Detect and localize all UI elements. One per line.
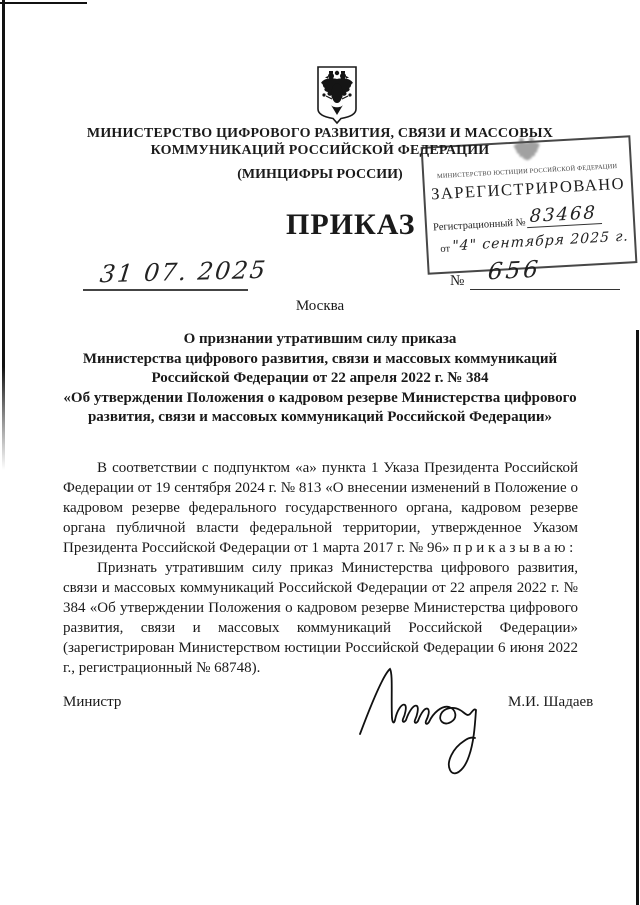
order-title-line: развития, связи и массовых коммуникаций … — [35, 408, 605, 428]
place-name: Москва — [0, 298, 640, 315]
signer-name: М.И. Шадаев — [508, 694, 593, 711]
doc-type-heading: ПРИКАЗ — [286, 208, 416, 242]
order-title-line: Министерства цифрового развития, связи и… — [35, 350, 605, 370]
stamp-eagle-icon — [508, 130, 546, 166]
order-date-handwritten: 31 07. 2025 — [98, 256, 268, 288]
stamp-reg-number-handwritten: 83468 — [527, 202, 603, 228]
order-date-underline — [83, 289, 248, 291]
order-body: В соответствии с подпунктом «а» пункта 1… — [63, 458, 578, 678]
order-title-line: «Об утверждении Положения о кадровом рез… — [35, 389, 605, 409]
minister-signature — [352, 662, 497, 794]
order-title: О признании утратившим силу приказа Мини… — [35, 330, 605, 428]
body-paragraph-2: Признать утратившим силу приказ Министер… — [63, 558, 578, 678]
stamp-reg-number-label: Регистрационный № — [433, 217, 526, 233]
stamp-date-prefix: от — [440, 243, 450, 255]
signer-position: Министр — [63, 694, 121, 711]
scan-edge-left — [2, 0, 5, 470]
russia-coat-of-arms-icon — [316, 65, 358, 125]
order-title-line: Российской Федерации от 22 апреля 2022 г… — [35, 369, 605, 389]
order-number-label: № — [450, 273, 464, 290]
order-title-line: О признании утратившим силу приказа — [35, 330, 605, 350]
registration-stamp: МИНИСТЕРСТВО ЮСТИЦИИ РОССИЙСКОЙ ФЕДЕРАЦИ… — [421, 135, 638, 275]
scan-edge-right — [636, 330, 639, 905]
order-number-underline — [470, 289, 620, 290]
document-page: МИНИСТЕРСТВО ЦИФРОВОГО РАЗВИТИЯ, СВЯЗИ И… — [0, 0, 640, 905]
body-paragraph-1: В соответствии с подпунктом «а» пункта 1… — [63, 458, 578, 558]
scan-edge-top — [0, 2, 87, 4]
